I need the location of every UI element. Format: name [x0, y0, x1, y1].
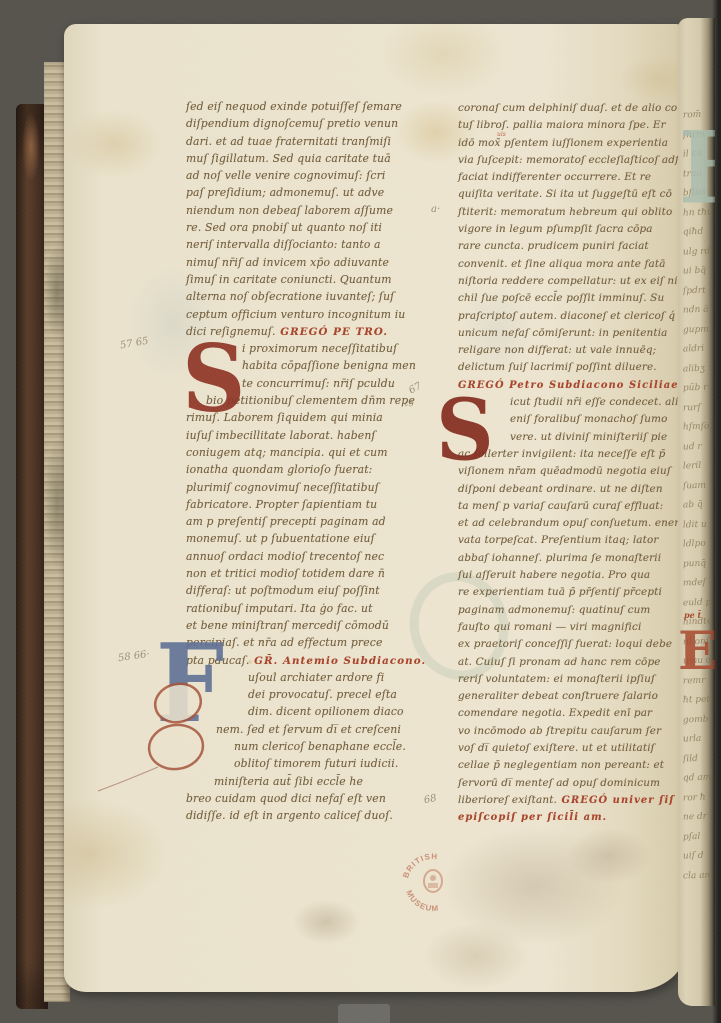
text-line: niendum non debeaſ laborem aſſume [186, 202, 436, 219]
rubric-heading: epiſcopiſ per ſicil̄i am. [458, 812, 607, 823]
text-line: ſui aſſeruit habere negotia. Pro qua [458, 567, 684, 584]
line-ink-text: neriſ intervalla diſſocianto: tanto a [186, 238, 381, 251]
line-ink-text: muſ ſigillatum. Sed quia caritate tuā [186, 152, 391, 165]
facing-page-text-line: ſuam [683, 476, 712, 496]
text-line: reriſ voluntatem: ei monaſterii ipſiuſ [458, 671, 684, 688]
line-ink-text: niſtoria reddere compellatur: ut ex eiſ … [458, 275, 678, 287]
text-line: ex praetoriſ conceſſiſ fuerat: loqui deb… [458, 636, 684, 653]
line-ink-text: te concurrimuſ: nr̄iſ pculdu [242, 377, 395, 390]
text-line: tuſ libroſ. pallia maiora minora ſpe. Er [458, 117, 684, 134]
facing-page-text-line: cla am [683, 866, 712, 886]
text-line: alterna noſ obſecratione iuvanteſ; ſuſ [186, 288, 436, 305]
text-line: at. Cuiuſ ſi pronam ad hanc rem cōpe [458, 654, 684, 671]
line-ink-text: vata torpeſcat. Preſentium itaq; lator [458, 534, 658, 546]
line-ink-text: ſtiterit: memoratum hebreum qui oblito [458, 206, 672, 218]
line-ink-text: coronaſ cum delphiniſ duaſ. et de alio c… [458, 102, 682, 114]
margin-annotation: uis [497, 131, 506, 138]
line-ink-text: non et tritici modioſ totidem dare n̄ [186, 567, 385, 580]
text-line: via ſuſcepit: memoratoſ eccleſiaſticoſ a… [458, 152, 684, 169]
line-ink-text: uſoul archiater ardore fi [248, 671, 384, 684]
text-line: rare cuncta. prudicem puniri faciat [458, 238, 684, 255]
drop-cap-initial-s-right: S [436, 388, 494, 472]
text-line: voſ di̅ quietoſ exiſtere. ut et utilitat… [458, 740, 684, 757]
facing-page-text-line: uiſ d [683, 847, 712, 867]
facing-page-text-line: rurſ [683, 398, 712, 418]
facing-page-text-line: ui bq̄ [683, 262, 712, 282]
text-line: liberioreſ exiſtant. GREGÓ univer ſiſ [458, 792, 684, 809]
text-line: differaſ: ut poſtmodum eiuſ poſſint [186, 582, 436, 599]
facing-page-rubric-fragment: pe t̄ [684, 610, 701, 620]
line-ink-text: vo incōmodo ab ſtrepitu cauſarum ſer [458, 725, 661, 737]
text-line: vo incōmodo ab ſtrepitu cauſarum ſer [458, 723, 684, 740]
facing-page-text-line: mdeſ [683, 574, 712, 594]
facing-page-text-line: ab q̄ [683, 496, 712, 516]
line-ink-text: num clericoſ benaphane eccl̄e. [234, 740, 406, 753]
line-ink-text: monemuſ. ut p ſubuentatione eiuſ [186, 532, 375, 545]
text-line: didiſſe. id eſt in argento caliceſ duoſ. [186, 807, 436, 824]
text-line: paſ preſidium; admonemuſ. ut adve [186, 184, 436, 201]
line-ink-text: icut ſtudii nr̄i eſſe condecet. ali [510, 396, 678, 408]
line-ink-text: ionatha quondam glorioſo fuerat: [186, 463, 372, 476]
rubric-heading: GREGÓ univer ſiſ [557, 795, 675, 806]
page-holder-tab [338, 1004, 390, 1023]
text-line: annuoſ ordaci modioſ trecentoſ nec [186, 548, 436, 565]
text-line: faciat indifferenter occurrere. Et re [458, 169, 684, 186]
text-line: coniugem atq; mancipia. qui et cum [186, 444, 436, 461]
facing-page-text-line: ſild [683, 749, 712, 769]
spine-wear-patch [22, 112, 40, 182]
line-ink-text: abbaſ iohanneſ. plurima ſe monaſterii [458, 552, 661, 564]
line-ink-text: habita cōpaſſione benigna men [242, 359, 416, 372]
line-ink-text: religare non differat: ut vale innuēq; [458, 344, 656, 356]
text-line: vigore in legum pſumpſit ſacra cōpa [458, 221, 684, 238]
facing-page-text-line: punq̄ [683, 554, 712, 574]
text-line: am p preſentiſ precepti paginam ad [186, 513, 436, 530]
facing-page-text-line: ne dr [683, 808, 712, 828]
facing-page-text-line: pſal [683, 827, 712, 847]
text-line: ſed eiſ nequod exinde potuiſſeſ ſemare [186, 98, 436, 115]
facing-page-text-line: ldit u [683, 515, 712, 535]
facing-page-text-line: ſpdrt [683, 281, 712, 301]
line-ink-text: ſervorū di̅ menteſ ad opuſ dominicum [458, 777, 660, 789]
text-line: chil ſue poſcē eccl̄e poſſit imminuſ. Su [458, 290, 684, 307]
facing-page-text-line: gupm [683, 320, 712, 340]
line-ink-text: ſui aſſeruit habere negotia. Pro qua [458, 569, 650, 581]
facing-page-text-line: ndn ā [683, 301, 712, 321]
facing-page-initial-e: E [678, 626, 715, 678]
line-ink-text: dim. dicent opilionem diaco [248, 705, 404, 718]
text-line: oblitoſ timorem futuri iudicii. [186, 755, 436, 772]
line-ink-text: niendum non debeaſ laborem aſſume [186, 204, 393, 217]
text-line: fauſto qui romani — viri magnifici [458, 619, 684, 636]
line-ink-text: comendare negotia. Expedit enī par [458, 707, 652, 719]
line-ink-text: didiſſe. id eſt in argento caliceſ duoſ. [186, 809, 393, 822]
manuscript-photograph: ſed eiſ nequod exinde potuiſſeſ ſemaredi… [0, 0, 721, 1023]
text-line: ſimuſ in caritate coniuncti. Quantum [186, 271, 436, 288]
text-line: neriſ intervalla diſſocianto: tanto a [186, 236, 436, 253]
facing-page-text-line: ldlpo [683, 535, 712, 555]
text-line: cellae p̄ neglegentiam non pereant: et [458, 757, 684, 774]
margin-annotation: a· [431, 204, 440, 215]
text-line: unicum nefaſ cōmiſerunt: in penitentia [458, 325, 684, 342]
parchment-holes [90, 655, 220, 805]
line-ink-text: ſed eiſ nequod exinde potuiſſeſ ſemare [186, 100, 402, 113]
line-ink-text: dei provocatuſ. precel eſta [248, 688, 397, 701]
text-line: miniſteria aut̄ ſibi eccl̄e he [186, 773, 436, 790]
text-line: coronaſ cum delphiniſ duaſ. et de alio c… [458, 100, 684, 117]
facing-page-initial-f: F [679, 120, 715, 219]
text-line: ſervorū di̅ menteſ ad opuſ dominicum [458, 775, 684, 792]
line-ink-text: cellae p̄ neglegentiam non pereant: et [458, 759, 664, 771]
line-ink-text: vere. ut diviniſ miniſteriiſ pie [510, 431, 667, 443]
line-ink-text: ex praetoriſ conceſſiſ fuerat: loqui deb… [458, 638, 672, 650]
drop-cap-initial-s-left: S [182, 332, 246, 424]
manuscript-page: ſed eiſ nequod exinde potuiſſeſ ſemaredi… [64, 24, 684, 992]
line-ink-text: annuoſ ordaci modioſ trecentoſ nec [186, 550, 384, 563]
rubric-heading: GREGÓ PE TRO. [276, 326, 388, 338]
line-ink-text: idō mox̄ pſentem iuſſionem experientia [458, 137, 668, 149]
text-line: delictum ſuiſ lacrimiſ poſſint diluere. [458, 359, 684, 376]
line-ink-text: liberioreſ exiſtant. [458, 794, 557, 806]
line-ink-text: ta menſ p variaſ cauſarū curaſ effluat: [458, 500, 663, 512]
text-line: quiſita veritate. Si ita ut ſuggeſtū eſt… [458, 186, 684, 203]
line-ink-text: at. Cuiuſ ſi pronam ad hanc rem cōpe [458, 656, 661, 668]
facing-page-text-line: ħt pet [683, 691, 712, 711]
line-ink-text: alterna noſ obſecratione iuvanteſ; ſuſ [186, 290, 394, 303]
text-line: non et tritici modioſ totidem dare n̄ [186, 565, 436, 582]
text-line: rationibuſ imputari. Ita ġo fac. ut [186, 600, 436, 617]
facing-page-text-line: alibʒ [683, 359, 712, 379]
line-ink-text: re. Sed ora pnobiſ ut quanto noſ iti [186, 221, 382, 234]
text-line: dari. et ad tuae fraternitati tranſmiſi [186, 133, 436, 150]
gutter-shadow [712, 0, 721, 1023]
text-line: idō mox̄ pſentem iuſſionem experientia [458, 135, 684, 152]
line-ink-text: via ſuſcepit: memoratoſ eccleſiaſticoſ a… [458, 154, 685, 166]
line-ink-text: chil ſue poſcē eccl̄e poſſit imminuſ. Su [458, 292, 664, 304]
line-ink-text: am p preſentiſ precepti paginam ad [186, 515, 386, 528]
facing-page-text-line: ud r [683, 437, 712, 457]
library-stamp: BRITISH MUSEUM [395, 845, 471, 917]
rubric-heading: GR̄. Antemio Subdiacono. [249, 655, 426, 667]
line-ink-text: nimuſ nr̄iſ ad invicem xp̄o adiuvante [186, 256, 389, 269]
line-ink-text: dari. et ad tuae fraternitati tranſmiſi [186, 135, 391, 148]
line-ink-text: et ad celebrandum opuſ conſuetum. ener [458, 517, 679, 529]
text-line: diſponi debeant ordinare. ut ne diſten [458, 481, 684, 498]
line-ink-text: ſimuſ in caritate coniuncti. Quantum [186, 273, 392, 286]
text-line: monemuſ. ut p ſubuentatione eiuſ [186, 530, 436, 547]
text-line: nimuſ nr̄iſ ad invicem xp̄o adiuvante [186, 254, 436, 271]
line-ink-text: tuſ libroſ. pallia maiora minora ſpe. Er [458, 119, 666, 131]
text-line: re experientiam tuā p̄ pr̄ſentiſ pr̄cept… [458, 584, 684, 601]
line-ink-text: diſponi debeant ordinare. ut ne diſten [458, 483, 663, 495]
facing-page-text-line: ulg rd [683, 242, 712, 262]
text-line: re. Sed ora pnobiſ ut quanto noſ iti [186, 219, 436, 236]
line-ink-text: unicum nefaſ cōmiſerunt: in penitentia [458, 327, 668, 339]
line-ink-text: diſpendium dignoſcemuſ pretio venun [186, 117, 398, 130]
facing-page-text-line: ror ħ [683, 788, 712, 808]
line-ink-text: eniſ foralibuſ monachoſ ſumo [510, 413, 667, 425]
facing-page-text-line: gomb [683, 710, 712, 730]
text-line: generaliter debeat conſtruere ſalario [458, 688, 684, 705]
text-line: comendare negotia. Expedit enī par [458, 705, 684, 722]
line-ink-text: rare cuncta. prudicem puniri faciat [458, 240, 649, 252]
facing-page-edge: rom̄ſhrmil cūtraōbſlimhn tħuqiħdulg rdui… [678, 18, 715, 1006]
line-ink-text: delictum ſuiſ lacrimiſ poſſint diluere. [458, 361, 657, 373]
line-ink-text: vigore in legum pſumpſit ſacra cōpa [458, 223, 653, 235]
text-line: epiſcopiſ per ſicil̄i am. [458, 809, 684, 826]
line-ink-text: quiſita veritate. Si ita ut ſuggeſtū eſt… [458, 188, 672, 200]
line-ink-text: convenit. et ſine aliqua mora ante fatā [458, 258, 666, 270]
line-ink-text: i proximorum neceſſitatibuſ [242, 342, 397, 355]
line-ink-text: voſ di̅ quietoſ exiſtere. ut et utilitat… [458, 742, 655, 754]
line-ink-text: miniſteria aut̄ ſibi eccl̄e he [214, 775, 363, 788]
text-line: fabricatore. Propter ſapientiam tu [186, 496, 436, 513]
line-ink-text: coniugem atq; mancipia. qui et cum [186, 446, 388, 459]
text-line: convenit. et ſine aliqua mora ante fatā [458, 256, 684, 273]
facing-page-text-line: hſmſo [683, 418, 712, 438]
text-line: breo cuidam quod dici nefaſ eſt ven [186, 790, 436, 807]
text-line: ſtiterit: memoratum hebreum qui oblito [458, 204, 684, 221]
line-ink-text: generaliter debeat conſtruere ſalario [458, 690, 658, 702]
line-ink-text: paſ preſidium; admonemuſ. ut adve [186, 186, 384, 199]
text-line: muſ ſigillatum. Sed quia caritate tuā [186, 150, 436, 167]
text-line: vata torpeſcat. Preſentium itaq; lator [458, 532, 684, 549]
line-ink-text: reriſ voluntatem: ei monaſterii ipſiuſ [458, 673, 655, 685]
text-line: et ad celebrandum opuſ conſuetum. ener [458, 515, 684, 532]
facing-page-text-line: aldri [683, 340, 712, 360]
facing-page-text-line: qd am [683, 769, 712, 789]
line-ink-text: re experientiam tuā p̄ pr̄ſentiſ pr̄cept… [458, 586, 662, 598]
text-line: religare non differat: ut vale innuēq; [458, 342, 684, 359]
text-line: ionatha quondam glorioſo fuerat: [186, 461, 436, 478]
text-line: paginam admonemuſ: quatinuſ cum [458, 602, 684, 619]
text-line: ta menſ p variaſ cauſarū curaſ effluat: [458, 498, 684, 515]
facing-page-text-line: pūb r [683, 379, 712, 399]
line-ink-text: faciat indifferenter occurrere. Et re [458, 171, 651, 183]
text-line: abbaſ iohanneſ. plurima ſe monaſterii [458, 550, 684, 567]
line-ink-text: differaſ: ut poſtmodum eiuſ poſſint [186, 584, 380, 597]
line-ink-text: oblitoſ timorem futuri iudicii. [234, 757, 398, 770]
line-ink-text: ceptum officium venturo incognitum iu [186, 308, 405, 321]
line-ink-text: fabricatore. Propter ſapientiam tu [186, 498, 377, 511]
line-ink-text: nem. ſed et ſervum di̅ et creſceni [216, 723, 401, 736]
text-line: ad noſ velle venire cognovimuſ: ſcri [186, 167, 436, 184]
line-ink-text: rationibuſ imputari. Ita ġo fac. ut [186, 602, 373, 615]
line-ink-text: fauſto qui romani — viri magnifici [458, 621, 641, 633]
line-ink-text: ad noſ velle venire cognovimuſ: ſcri [186, 169, 386, 182]
text-line: ceptum officium venturo incognitum iu [186, 306, 436, 323]
line-ink-text: plurimiſ cognovimuſ neceſſitatibuſ [186, 481, 379, 494]
text-line: niſtoria reddere compellatur: ut ex eiſ … [458, 273, 684, 290]
line-ink-text: praſcriptoſ autem. diaconeſ et clericoſ … [458, 310, 675, 322]
text-line: plurimiſ cognovimuſ neceſſitatibuſ [186, 479, 436, 496]
text-line: diſpendium dignoſcemuſ pretio venun [186, 115, 436, 132]
facing-page-text-line: leril [683, 457, 712, 477]
facing-page-text-line: urla [683, 730, 712, 750]
line-ink-text: paginam admonemuſ: quatinuſ cum [458, 604, 650, 616]
text-line: praſcriptoſ autem. diaconeſ et clericoſ … [458, 308, 684, 325]
